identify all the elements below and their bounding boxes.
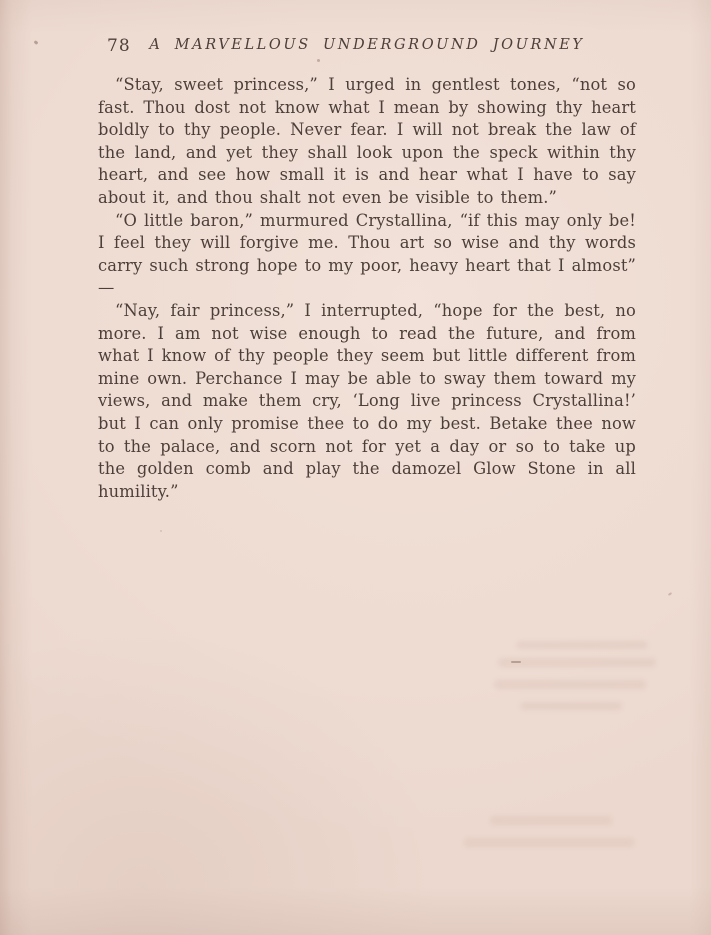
page-header: 78 A MARVELLOUS UNDERGROUND JOURNEY [98,36,636,58]
show-through-smudge [516,641,648,649]
paragraph-3: “Nay, fair princess,” I interrupted, “ho… [98,300,636,503]
paragraph-2: “O little baron,” murmured Crystallina, … [98,210,636,300]
show-through-smudge [464,838,634,847]
show-through-smudge [494,680,646,689]
body-text: “Stay, sweet princess,” I urged in gentl… [98,74,636,503]
paragraph-1: “Stay, sweet princess,” I urged in gentl… [98,74,636,210]
show-through-mark [511,661,521,663]
paper-speck [317,59,320,62]
running-title: A MARVELLOUS UNDERGROUND JOURNEY [98,37,636,53]
paper-speck [34,40,39,45]
paper-speck [160,530,162,532]
show-through-smudge [498,658,656,667]
show-through-smudge [490,816,612,825]
book-page-scan: 78 A MARVELLOUS UNDERGROUND JOURNEY “Sta… [0,0,711,935]
paper-speck [668,592,672,596]
show-through-smudge [520,702,622,710]
